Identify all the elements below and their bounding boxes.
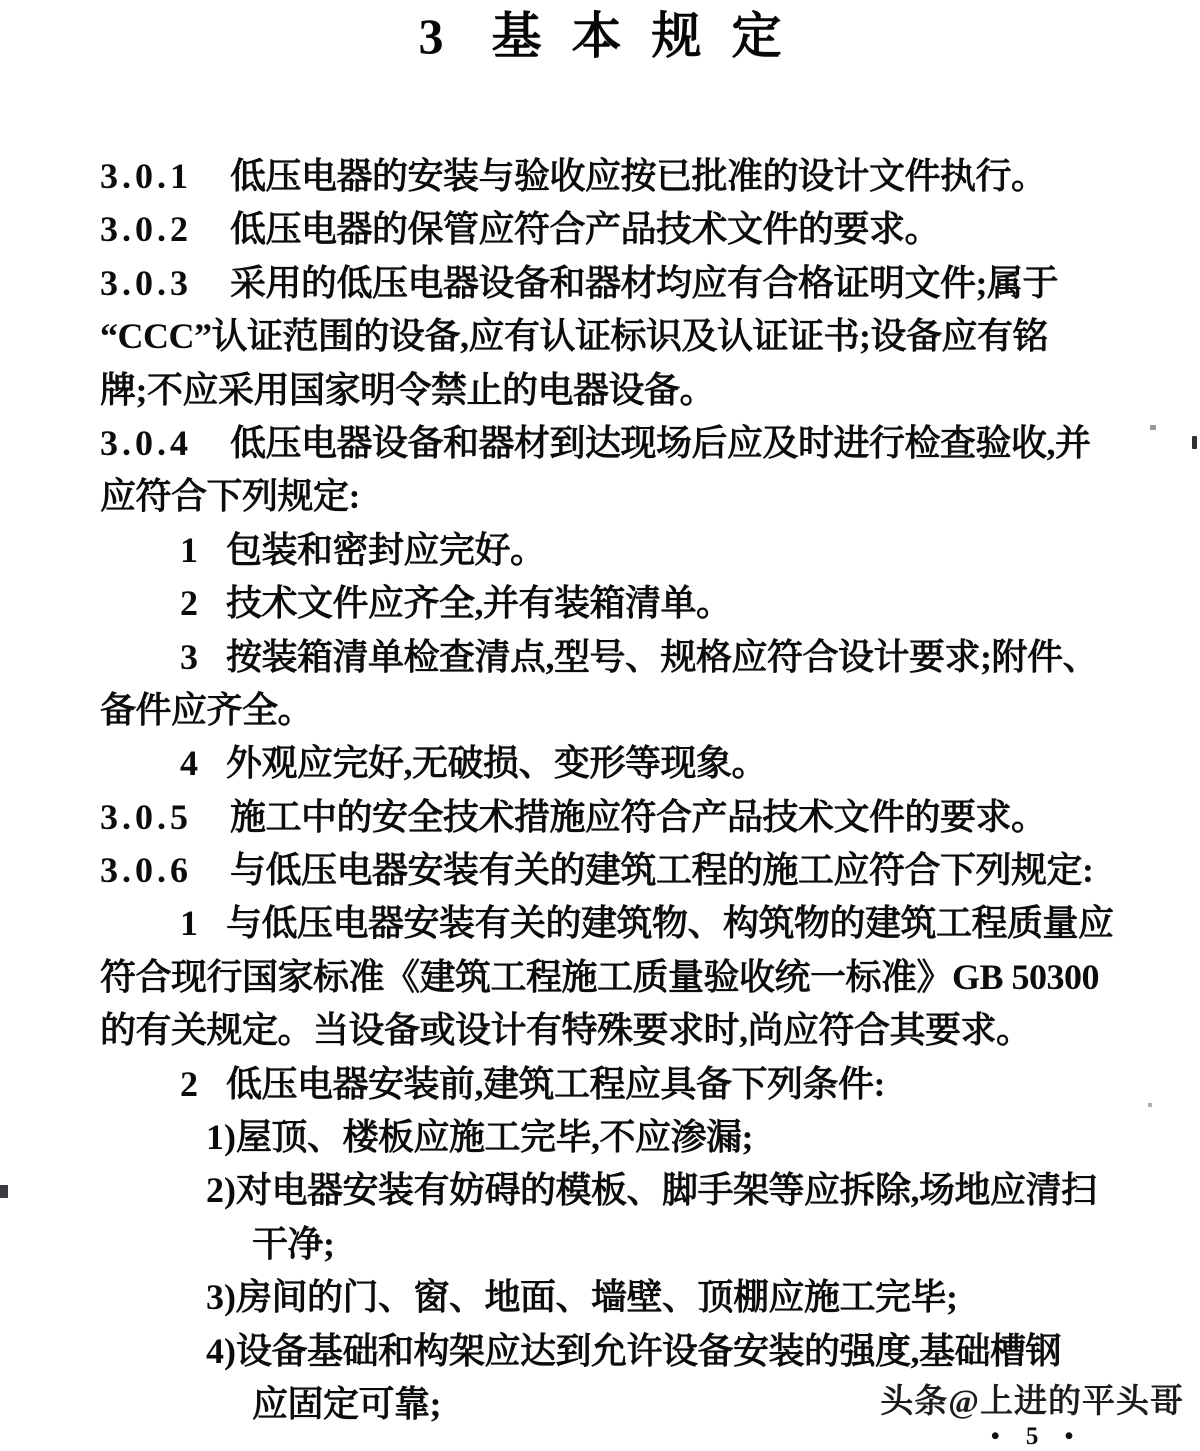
clause-3-0-4: 3.0.4低压电器设备和器材到达现场后应及时进行检查验收,并 <box>100 417 1112 470</box>
clause-3-0-6: 3.0.6与低压电器安装有关的建筑工程的施工应符合下列规定: <box>100 844 1112 897</box>
list-item-1: 1与低压电器安装有关的建筑物、构筑物的建筑工程质量应 <box>180 897 1112 950</box>
sub-item-text: 屋顶、楼板应施工完毕,不应渗漏; <box>236 1117 753 1157</box>
scan-artifact <box>0 1185 8 1198</box>
sub-item-number: 3) <box>206 1271 236 1324</box>
clause-text: 牌;不应采用国家明令禁止的电器设备。 <box>100 370 715 410</box>
clause-text: 低压电器设备和器材到达现场后应及时进行检查验收,并 <box>230 423 1091 463</box>
chapter-title: 基本规定 <box>492 0 812 68</box>
chapter-number: 3 <box>419 7 444 65</box>
sub-item-text: 应固定可靠; <box>252 1384 441 1424</box>
list-item-1-cont: 的有关规定。当设备或设计有特殊要求时,尚应符合其要求。 <box>100 1004 1112 1057</box>
sub-item-text: 对电器安装有妨碍的模板、脚手架等应拆除,场地应清扫 <box>236 1170 1097 1210</box>
sub-item-2: 2)对电器安装有妨碍的模板、脚手架等应拆除,场地应清扫 <box>206 1164 1112 1217</box>
list-item-1: 1包装和密封应完好。 <box>180 524 1112 577</box>
clause-3-0-4-cont: 应符合下列规定: <box>100 470 1112 523</box>
item-text: 备件应齐全。 <box>100 690 313 730</box>
clause-text: 低压电器的保管应符合产品技术文件的要求。 <box>230 209 940 249</box>
sub-item-text: 干净; <box>252 1224 335 1264</box>
clause-text: 施工中的安全技术措施应符合产品技术文件的要求。 <box>230 797 1047 837</box>
scan-artifact <box>1192 436 1197 449</box>
document-body: 3.0.1低压电器的安装与验收应按已批准的设计文件执行。 3.0.2低压电器的保… <box>100 150 1112 1431</box>
item-text: 按装箱清单检查清点,型号、规格应符合设计要求;附件、 <box>226 637 1098 677</box>
item-text: 符合现行国家标准《建筑工程施工质量验收统一标准》GB 50300 <box>100 957 1099 997</box>
clause-3-0-5: 3.0.5施工中的安全技术措施应符合产品技术文件的要求。 <box>100 791 1112 844</box>
clause-text: 低压电器的安装与验收应按已批准的设计文件执行。 <box>230 156 1047 196</box>
clause-number: 3.0.5 <box>100 791 230 844</box>
item-text: 低压电器安装前,建筑工程应具备下列条件: <box>226 1064 885 1104</box>
clause-number: 3.0.2 <box>100 203 230 256</box>
item-number: 2 <box>180 1058 226 1111</box>
chapter-heading: 3基本规定 <box>0 0 1200 68</box>
item-text: 与低压电器安装有关的建筑物、构筑物的建筑工程质量应 <box>226 903 1114 943</box>
scan-artifact <box>1148 1103 1152 1107</box>
item-number: 3 <box>180 631 226 684</box>
scan-artifact <box>1150 425 1156 430</box>
list-item-2: 2技术文件应齐全,并有装箱清单。 <box>180 577 1112 630</box>
sub-item-4: 4)设备基础和构架应达到允许设备安装的强度,基础槽钢 <box>206 1325 1112 1378</box>
sub-item-number: 2) <box>206 1164 236 1217</box>
clause-number: 3.0.4 <box>100 417 230 470</box>
list-item-2: 2低压电器安装前,建筑工程应具备下列条件: <box>180 1058 1112 1111</box>
clause-text: 与低压电器安装有关的建筑工程的施工应符合下列规定: <box>230 850 1094 890</box>
sub-item-text: 设备基础和构架应达到允许设备安装的强度,基础槽钢 <box>236 1331 1061 1371</box>
sub-item-3: 3)房间的门、窗、地面、墙壁、顶棚应施工完毕; <box>206 1271 1112 1324</box>
document-page: 3基本规定 3.0.1低压电器的安装与验收应按已批准的设计文件执行。 3.0.2… <box>0 0 1200 1451</box>
item-text: 技术文件应齐全,并有装箱清单。 <box>226 583 732 623</box>
sub-item-text: 房间的门、窗、地面、墙壁、顶棚应施工完毕; <box>236 1277 958 1317</box>
clause-3-0-3-cont: 牌;不应采用国家明令禁止的电器设备。 <box>100 364 1112 417</box>
sub-item-number: 4) <box>206 1325 236 1378</box>
item-number: 1 <box>180 897 226 950</box>
clause-text: 应符合下列规定: <box>100 476 360 516</box>
list-item-3-cont: 备件应齐全。 <box>100 684 1112 737</box>
item-number: 1 <box>180 524 226 577</box>
list-item-3: 3按装箱清单检查清点,型号、规格应符合设计要求;附件、 <box>180 631 1112 684</box>
list-item-1-cont: 符合现行国家标准《建筑工程施工质量验收统一标准》GB 50300 <box>100 951 1112 1004</box>
item-number: 2 <box>180 577 226 630</box>
watermark-credit: 头条@上进的平头哥 <box>880 1375 1184 1422</box>
clause-3-0-1: 3.0.1低压电器的安装与验收应按已批准的设计文件执行。 <box>100 150 1112 203</box>
clause-number: 3.0.3 <box>100 257 230 310</box>
clause-3-0-3-cont: “CCC”认证范围的设备,应有认证标识及认证证书;设备应有铭 <box>100 310 1112 363</box>
item-text: 包装和密封应完好。 <box>226 530 546 570</box>
clause-text: 采用的低压电器设备和器材均应有合格证明文件;属于 <box>230 263 1058 303</box>
clause-3-0-3: 3.0.3采用的低压电器设备和器材均应有合格证明文件;属于 <box>100 257 1112 310</box>
sub-item-2-cont: 干净; <box>252 1218 1112 1271</box>
item-text: 的有关规定。当设备或设计有特殊要求时,尚应符合其要求。 <box>100 1010 1032 1050</box>
clause-number: 3.0.1 <box>100 150 230 203</box>
item-text: 外观应完好,无破损、变形等现象。 <box>226 743 767 783</box>
clause-number: 3.0.6 <box>100 844 230 897</box>
page-number: • 5 • <box>880 1423 1184 1451</box>
clause-3-0-2: 3.0.2低压电器的保管应符合产品技术文件的要求。 <box>100 203 1112 256</box>
sub-item-1: 1)屋顶、楼板应施工完毕,不应渗漏; <box>206 1111 1112 1164</box>
list-item-4: 4外观应完好,无破损、变形等现象。 <box>180 737 1112 790</box>
sub-item-number: 1) <box>206 1111 236 1164</box>
item-number: 4 <box>180 737 226 790</box>
clause-text: “CCC”认证范围的设备,应有认证标识及认证证书;设备应有铭 <box>100 316 1048 356</box>
page-footer: 头条@上进的平头哥 • 5 • <box>880 1375 1184 1451</box>
